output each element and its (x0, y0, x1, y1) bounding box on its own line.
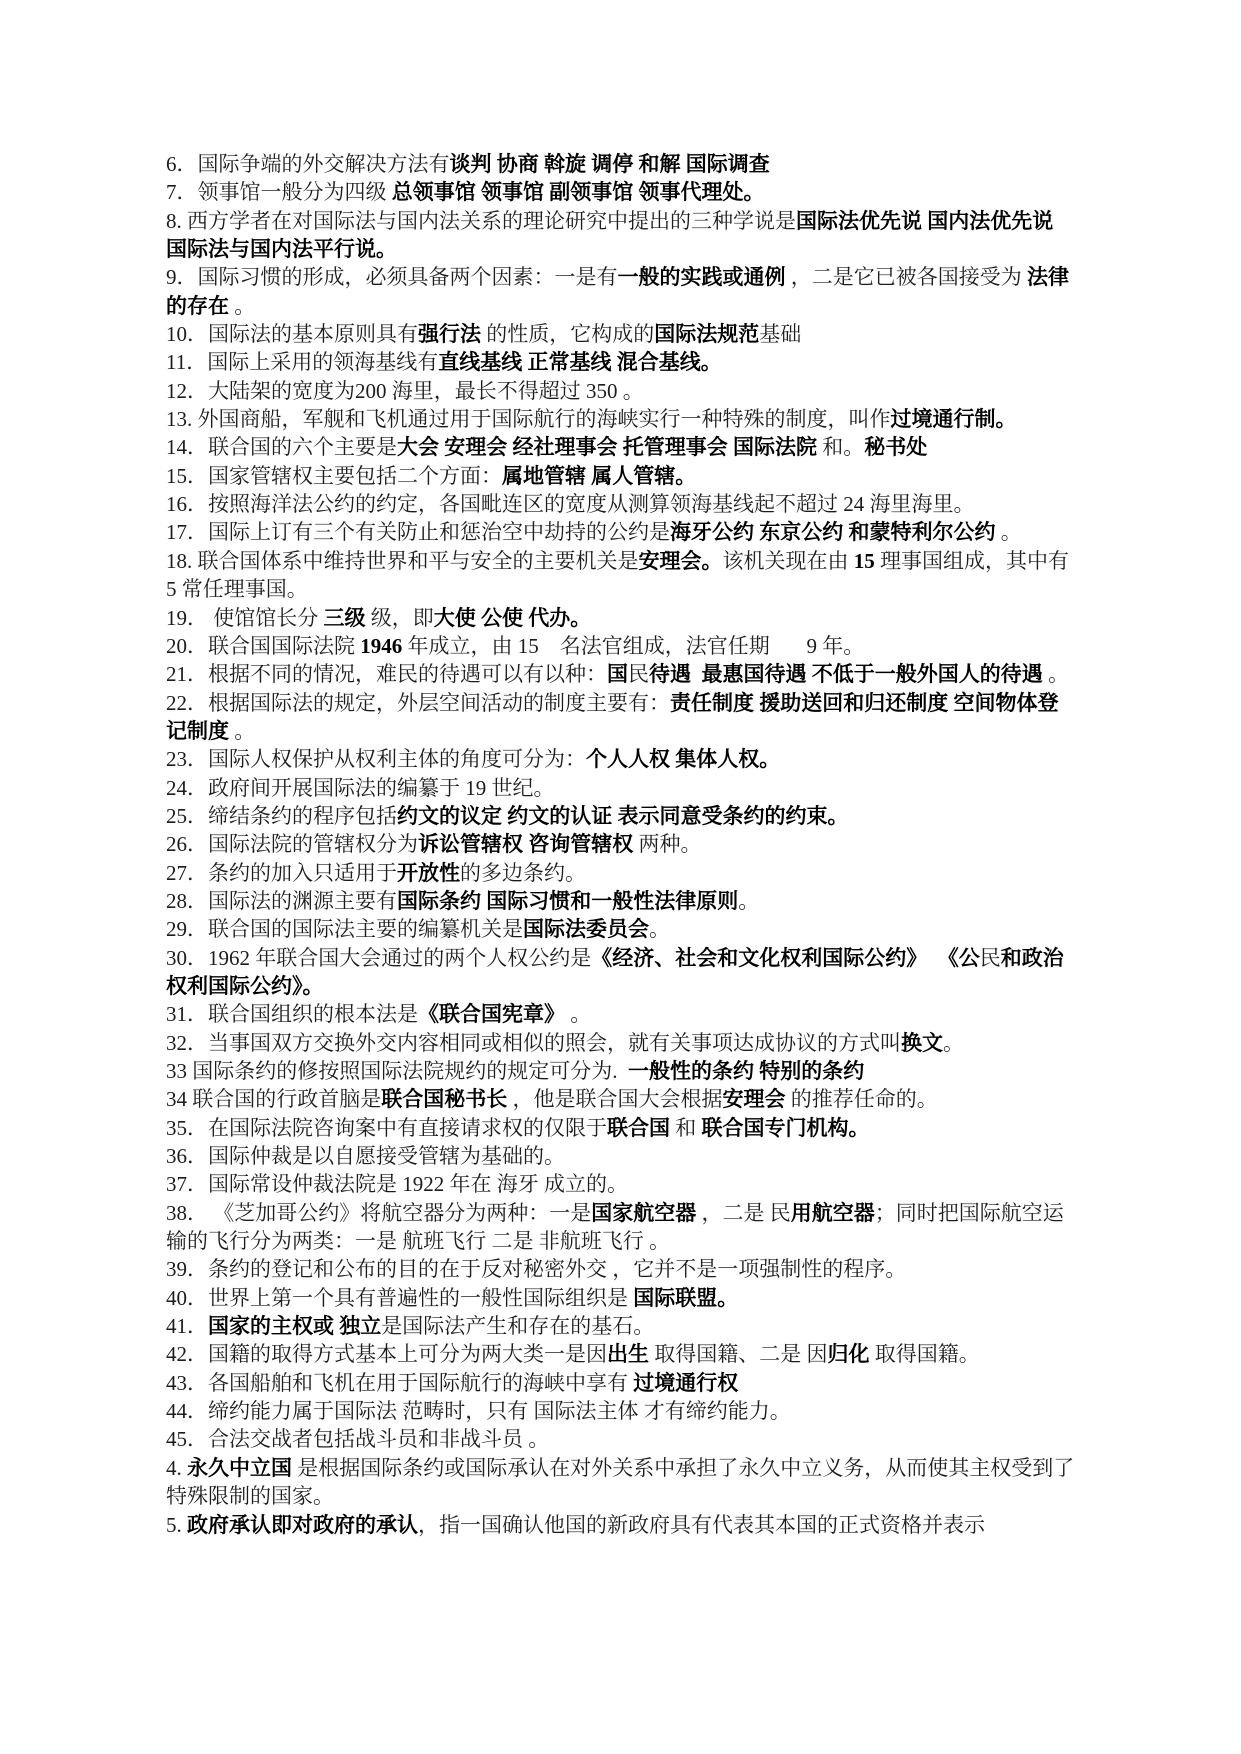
text-segment: 诉讼管辖权 咨询管辖权 (418, 832, 633, 856)
list-item: 4. 永久中立国 是根据国际条约或国际承认在对外关系中承担了永久中立义务，从而使… (166, 1454, 1075, 1511)
item-number: 19． (166, 606, 208, 630)
list-item: 14．联合国的六个主要是大会 安理会 经社理事会 托管理事会 国际法院 和。秘书… (166, 433, 1075, 461)
list-item: 20．联合国国际法院 1946 年成立，由 15 名法官组成，法官任期 9 年。 (166, 632, 1075, 660)
item-number: 5. (166, 1513, 187, 1537)
item-number: 26． (166, 832, 208, 856)
text-segment: 民 (628, 662, 649, 686)
item-number: 35． (166, 1116, 208, 1140)
text-segment: 。 (649, 917, 670, 941)
text-segment: 取得国籍。 (870, 1342, 980, 1366)
text-segment: 大使 公使 代办。 (434, 606, 592, 630)
item-number: 21． (166, 662, 208, 686)
list-item: 28．国际法的渊源主要有国际条约 国际习惯和一般性法律原则。 (166, 887, 1075, 915)
item-number: 38． (166, 1201, 208, 1225)
text-segment: 1946 (360, 634, 402, 658)
item-number: 4. (166, 1456, 187, 1480)
list-item: 34 联合国的行政首脑是联合国秘书长 ，他是联合国大会根据安理会 的推荐任命的。 (166, 1085, 1075, 1113)
text-segment: 级，即 (366, 606, 434, 630)
item-number: 15． (166, 464, 208, 488)
item-number: 41． (166, 1314, 208, 1338)
text-segment: 在国际法院咨询案中有直接请求权的仅限于 (208, 1116, 607, 1140)
text-segment: 国际法院的管辖权分为 (208, 832, 418, 856)
text-segment: 一般的实践或通例 (618, 265, 786, 289)
item-number: 18. (166, 549, 198, 573)
item-number: 45． (166, 1427, 208, 1451)
list-item: 16．按照海洋法公约的约定，各国毗连区的宽度从测算领海基线起不超过 24 海里海… (166, 490, 1075, 518)
text-segment: 国际人权保护从权利主体的角度可分为： (208, 747, 586, 771)
list-item: 19． 使馆馆长分 三级 级，即大使 公使 代办。 (166, 604, 1075, 632)
text-segment: 。 (1043, 662, 1069, 686)
text-segment: 缔约能力属于国际法 范畴时，只有 国际法主体 才有缔约能力。 (208, 1399, 791, 1423)
text-segment: 15 (854, 549, 875, 573)
text-segment: ，二是 民 (696, 1201, 791, 1225)
text-segment: 政府承认即对政府的承认 (187, 1513, 418, 1537)
text-segment: 国际争端的外交解决方法有 (198, 152, 450, 176)
text-segment: 《公 (938, 946, 980, 970)
text-segment: 国家的主权或 独立 (208, 1314, 381, 1338)
text-segment: 。 (565, 1002, 591, 1026)
item-number: 17． (166, 520, 208, 544)
text-segment: 政府间开展国际法的编纂于 19 世纪。 (208, 776, 555, 800)
text-segment: 根据不同的情况，难民的待遇可以有以种： (208, 662, 607, 686)
text-segment: 的多边条约。 (460, 861, 586, 885)
item-number: 43． (166, 1371, 208, 1395)
text-segment: 联合国的六个主要是 (208, 435, 397, 459)
list-item: 13. 外国商船，军舰和飞机通过用于国际航行的海峡实行一种特殊的制度，叫作过境通… (166, 405, 1075, 433)
text-segment: 西方学者在对国际法与国内法关系的理论研究中提出的三种学说是 (187, 209, 796, 233)
list-item: 18. 联合国体系中维持世界和平与安全的主要机关是安理会。该机关现在由 15 理… (166, 547, 1075, 604)
text-segment (927, 946, 938, 970)
text-segment: 领事馆一般分为四级 (198, 180, 392, 204)
item-number: 6． (166, 152, 198, 176)
text-segment: 条约的加入只适用于 (208, 861, 397, 885)
list-item: 43．各国船舶和飞机在用于国际航行的海峡中享有 过境通行权 (166, 1369, 1075, 1397)
list-item: 37．国际常设仲裁法院是 1922 年在 海牙 成立的。 (166, 1170, 1075, 1198)
item-number: 29． (166, 917, 208, 941)
text-segment: 的性质，它构成的 (481, 322, 654, 346)
list-item: 36．国际仲裁是以自愿接受管辖为基础的。 (166, 1142, 1075, 1170)
item-number: 7． (166, 180, 198, 204)
text-segment: 用航空器 (791, 1201, 875, 1225)
item-number: 39． (166, 1257, 208, 1281)
text-segment: 联合国国际法院 (208, 634, 360, 658)
item-number: 16． (166, 492, 208, 516)
text-segment: 国籍的取得方式基本上可分为两大类一是因 (208, 1342, 607, 1366)
text-segment: 国 (607, 662, 628, 686)
text-segment: 国际条约的修按照国际法院规约的规定可分为. (192, 1059, 628, 1083)
text-segment: 出生 (607, 1342, 649, 1366)
item-number: 11． (166, 350, 207, 374)
list-item: 45．合法交战者包括战斗员和非战斗员 。 (166, 1425, 1075, 1453)
text-segment: 使馆馆长分 (208, 606, 324, 630)
text-segment: 和。 (817, 435, 864, 459)
text-segment: ，二是它已被各国接受为 (786, 265, 1028, 289)
list-item: 23．国际人权保护从权利主体的角度可分为：个人人权 集体人权。 (166, 745, 1075, 773)
text-segment: 联合国 (607, 1116, 670, 1140)
list-item: 10．国际法的基本原则具有强行法 的性质，它构成的国际法规范基础 (166, 320, 1075, 348)
item-number: 27． (166, 861, 208, 885)
text-segment: 大陆架的宽度为200 海里，最长不得超过 350 。 (208, 379, 644, 403)
text-segment: 。 (738, 889, 759, 913)
document-page: 6．国际争端的外交解决方法有谈判 协商 斡旋 调停 和解 国际调查7．领事馆一般… (0, 0, 1241, 1754)
item-number: 34 (166, 1087, 192, 1111)
text-segment: 联合国秘书长 (381, 1087, 507, 1111)
list-item: 22．根据国际法的规定，外层空间活动的制度主要有：责任制度 援助送回和归还制度 … (166, 689, 1075, 746)
text-segment: 的推荐任命的。 (786, 1087, 938, 1111)
text-segment: 《经济、社会和文化权利国际公约》 (591, 946, 927, 970)
item-number: 8. (166, 209, 187, 233)
list-item: 6．国际争端的外交解决方法有谈判 协商 斡旋 调停 和解 国际调查 (166, 150, 1075, 178)
text-segment: 国际习惯的形成，必须具备两个因素：一是有 (198, 265, 618, 289)
text-segment: 国家管辖权主要包括二个方面： (208, 464, 502, 488)
text-segment: 。 (996, 520, 1022, 544)
list-item: 8. 西方学者在对国际法与国内法关系的理论研究中提出的三种学说是国际法优先说 国… (166, 207, 1075, 264)
item-number: 13. (166, 407, 198, 431)
text-segment: 一般性的条约 特别的条约 (628, 1059, 864, 1083)
text-segment: 按照海洋法公约的约定，各国毗连区的宽度从测算领海基线起不超过 24 海里海里。 (208, 492, 975, 516)
text-segment: 1962 年联合国大会通过的两个人权公约是 (208, 946, 591, 970)
item-number: 25． (166, 804, 208, 828)
text-segment: 个人人权 集体人权。 (586, 747, 780, 771)
item-number: 33 (166, 1059, 192, 1083)
text-segment: 基础 (759, 322, 801, 346)
item-number: 42． (166, 1342, 208, 1366)
list-item: 33 国际条约的修按照国际法院规约的规定可分为. 一般性的条约 特别的条约 (166, 1057, 1075, 1085)
list-item: 32．当事国双方交换外交内容相同或相似的照会，就有关事项达成协议的方式叫换文。 (166, 1029, 1075, 1057)
text-segment: 海牙公约 东京公约 和蒙特利尔公约 (670, 520, 996, 544)
text-segment: 国际法的基本原则具有 (208, 322, 418, 346)
text-segment: 。 (229, 294, 255, 318)
list-item: 44．缔约能力属于国际法 范畴时，只有 国际法主体 才有缔约能力。 (166, 1397, 1075, 1425)
item-number: 9． (166, 265, 198, 289)
text-segment: 属地管辖 属人管辖。 (502, 464, 696, 488)
text-segment: 。 (229, 719, 255, 743)
list-item: 35．在国际法院咨询案中有直接请求权的仅限于联合国 和 联合国专门机构。 (166, 1114, 1075, 1142)
text-segment: 国际仲裁是以自愿接受管辖为基础的。 (208, 1144, 565, 1168)
item-number: 10． (166, 322, 208, 346)
item-number: 30． (166, 946, 208, 970)
text-segment: 谈判 协商 斡旋 调停 和解 国际调查 (450, 152, 770, 176)
item-number: 31． (166, 1002, 208, 1026)
text-segment: 大会 安理会 经社理事会 托管理事会 国际法院 (397, 435, 817, 459)
text-segment: 合法交战者包括战斗员和非战斗员 。 (208, 1427, 549, 1451)
text-segment: 总领事馆 领事馆 副领事馆 领事代理处。 (392, 180, 765, 204)
list-item: 38． 《芝加哥公约》将航空器分为两种：一是国家航空器 ，二是 民用航空器；同时… (166, 1199, 1075, 1256)
text-segment: 联合国体系中维持世界和平与安全的主要机关是 (198, 549, 639, 573)
text-segment: 取得国籍、二是 因 (649, 1342, 828, 1366)
list-item: 15．国家管辖权主要包括二个方面：属地管辖 属人管辖。 (166, 462, 1075, 490)
item-number: 36． (166, 1144, 208, 1168)
list-item: 39．条约的登记和公布的目的在于反对秘密外交 ，它并不是一项强制性的程序。 (166, 1255, 1075, 1283)
text-segment: 世界上第一个具有普遍性的一般性国际组织是 (208, 1286, 633, 1310)
document-body: 6．国际争端的外交解决方法有谈判 协商 斡旋 调停 和解 国际调查7．领事馆一般… (166, 150, 1075, 1539)
item-number: 23． (166, 747, 208, 771)
list-item: 30．1962 年联合国大会通过的两个人权公约是《经济、社会和文化权利国际公约》… (166, 944, 1075, 1001)
text-segment: 开放性 (397, 861, 460, 885)
text-segment: 安理会 (723, 1087, 786, 1111)
text-segment: 过境通行权 (633, 1371, 738, 1395)
list-item: 29．联合国的国际法主要的编纂机关是国际法委员会。 (166, 915, 1075, 943)
text-segment: 两种。 (633, 832, 701, 856)
text-segment: 年成立，由 15 名法官组成，法官任期 9 年。 (402, 634, 864, 658)
text-segment: 约文的议定 约文的认证 表示同意受条约的约束。 (397, 804, 849, 828)
text-segment: 外国商船，军舰和飞机通过用于国际航行的海峡实行一种特殊的制度，叫作 (198, 407, 891, 431)
item-number: 44． (166, 1399, 208, 1423)
list-item: 5. 政府承认即对政府的承认，指一国确认他国的新政府具有代表其本国的正式资格并表… (166, 1511, 1075, 1539)
text-segment: 过境通行制。 (891, 407, 1017, 431)
text-segment: 国际法委员会 (523, 917, 649, 941)
list-item: 17．国际上订有三个有关防止和惩治空中劫持的公约是海牙公约 东京公约 和蒙特利尔… (166, 518, 1075, 546)
list-item: 27．条约的加入只适用于开放性的多边条约。 (166, 859, 1075, 887)
list-item: 26．国际法院的管辖权分为诉讼管辖权 咨询管辖权 两种。 (166, 830, 1075, 858)
text-segment: 是根据国际条约或国际承认在对外关系中承担了永久中立义务，从而使其主权受到了特殊限… (166, 1456, 1074, 1508)
text-segment: 直线基线 正常基线 混合基线。 (438, 350, 722, 374)
list-item: 31．联合国组织的根本法是《联合国宪章》 。 (166, 1000, 1075, 1028)
list-item: 42．国籍的取得方式基本上可分为两大类一是因出生 取得国籍、二是 因归化 取得国… (166, 1340, 1075, 1368)
text-segment: 永久中立国 (187, 1456, 292, 1480)
text-segment: 联合国的行政首脑是 (192, 1087, 381, 1111)
list-item: 12．大陆架的宽度为200 海里，最长不得超过 350 。 (166, 377, 1075, 405)
text-segment: 《联合国宪章》 (418, 1002, 565, 1026)
text-segment: ，指一国确认他国的新政府具有代表其本国的正式资格并表示 (418, 1513, 985, 1537)
text-segment: 国家航空器 (591, 1201, 696, 1225)
text-segment: 缔结条约的程序包括 (208, 804, 397, 828)
text-segment: 换文 (901, 1031, 943, 1055)
text-segment: 国际法的渊源主要有 (208, 889, 397, 913)
text-segment: 民 (980, 946, 1001, 970)
text-segment: 国际常设仲裁法院是 1922 年在 海牙 成立的。 (208, 1172, 628, 1196)
item-number: 14． (166, 435, 208, 459)
list-item: 21．根据不同的情况，难民的待遇可以有以种：国民待遇 最惠国待遇 不低于一般外国… (166, 660, 1075, 688)
text-segment: 和 (670, 1116, 702, 1140)
text-segment: 根据国际法的规定，外层空间活动的制度主要有： (208, 691, 670, 715)
text-segment: 《芝加哥公约》将航空器分为两种：一是 (208, 1201, 591, 1225)
list-item: 9．国际习惯的形成，必须具备两个因素：一是有一般的实践或通例 ，二是它已被各国接… (166, 263, 1075, 320)
text-segment: 国际上采用的领海基线有 (207, 350, 438, 374)
item-number: 12． (166, 379, 208, 403)
text-segment: 。 (943, 1031, 964, 1055)
text-segment: 当事国双方交换外交内容相同或相似的照会，就有关事项达成协议的方式叫 (208, 1031, 901, 1055)
text-segment: 国际上订有三个有关防止和惩治空中劫持的公约是 (208, 520, 670, 544)
text-segment: 联合国专门机构。 (702, 1116, 870, 1140)
item-number: 20． (166, 634, 208, 658)
text-segment: 秘书处 (864, 435, 927, 459)
text-segment: 联合国组织的根本法是 (208, 1002, 418, 1026)
text-segment: 归化 (828, 1342, 870, 1366)
text-segment: 安理会。 (639, 549, 723, 573)
list-item: 41．国家的主权或 独立是国际法产生和存在的基石。 (166, 1312, 1075, 1340)
item-number: 22． (166, 691, 208, 715)
text-segment: 联合国的国际法主要的编纂机关是 (208, 917, 523, 941)
item-number: 37． (166, 1172, 208, 1196)
list-item: 7．领事馆一般分为四级 总领事馆 领事馆 副领事馆 领事代理处。 (166, 178, 1075, 206)
text-segment: ，他是联合国大会根据 (507, 1087, 722, 1111)
text-segment: 该机关现在由 (723, 549, 854, 573)
text-segment: 国际联盟。 (633, 1286, 738, 1310)
text-segment: 三级 (324, 606, 366, 630)
text-segment: 各国船舶和飞机在用于国际航行的海峡中享有 (208, 1371, 633, 1395)
list-item: 24．政府间开展国际法的编纂于 19 世纪。 (166, 774, 1075, 802)
item-number: 40． (166, 1286, 208, 1310)
text-segment: 强行法 (418, 322, 481, 346)
text-segment: 是国际法产生和存在的基石。 (381, 1314, 654, 1338)
text-segment: 国际条约 国际习惯和一般性法律原则 (397, 889, 738, 913)
text-segment: 待遇 最惠国待遇 不低于一般外国人的待遇 (649, 662, 1043, 686)
item-number: 24． (166, 776, 208, 800)
list-item: 25．缔结条约的程序包括约文的议定 约文的认证 表示同意受条约的约束。 (166, 802, 1075, 830)
list-item: 11．国际上采用的领海基线有直线基线 正常基线 混合基线。 (166, 348, 1075, 376)
list-item: 40．世界上第一个具有普遍性的一般性国际组织是 国际联盟。 (166, 1284, 1075, 1312)
item-number: 32． (166, 1031, 208, 1055)
text-segment: 国际法规范 (654, 322, 759, 346)
text-segment: 条约的登记和公布的目的在于反对秘密外交 ，它并不是一项强制性的程序。 (208, 1257, 906, 1281)
item-number: 28． (166, 889, 208, 913)
